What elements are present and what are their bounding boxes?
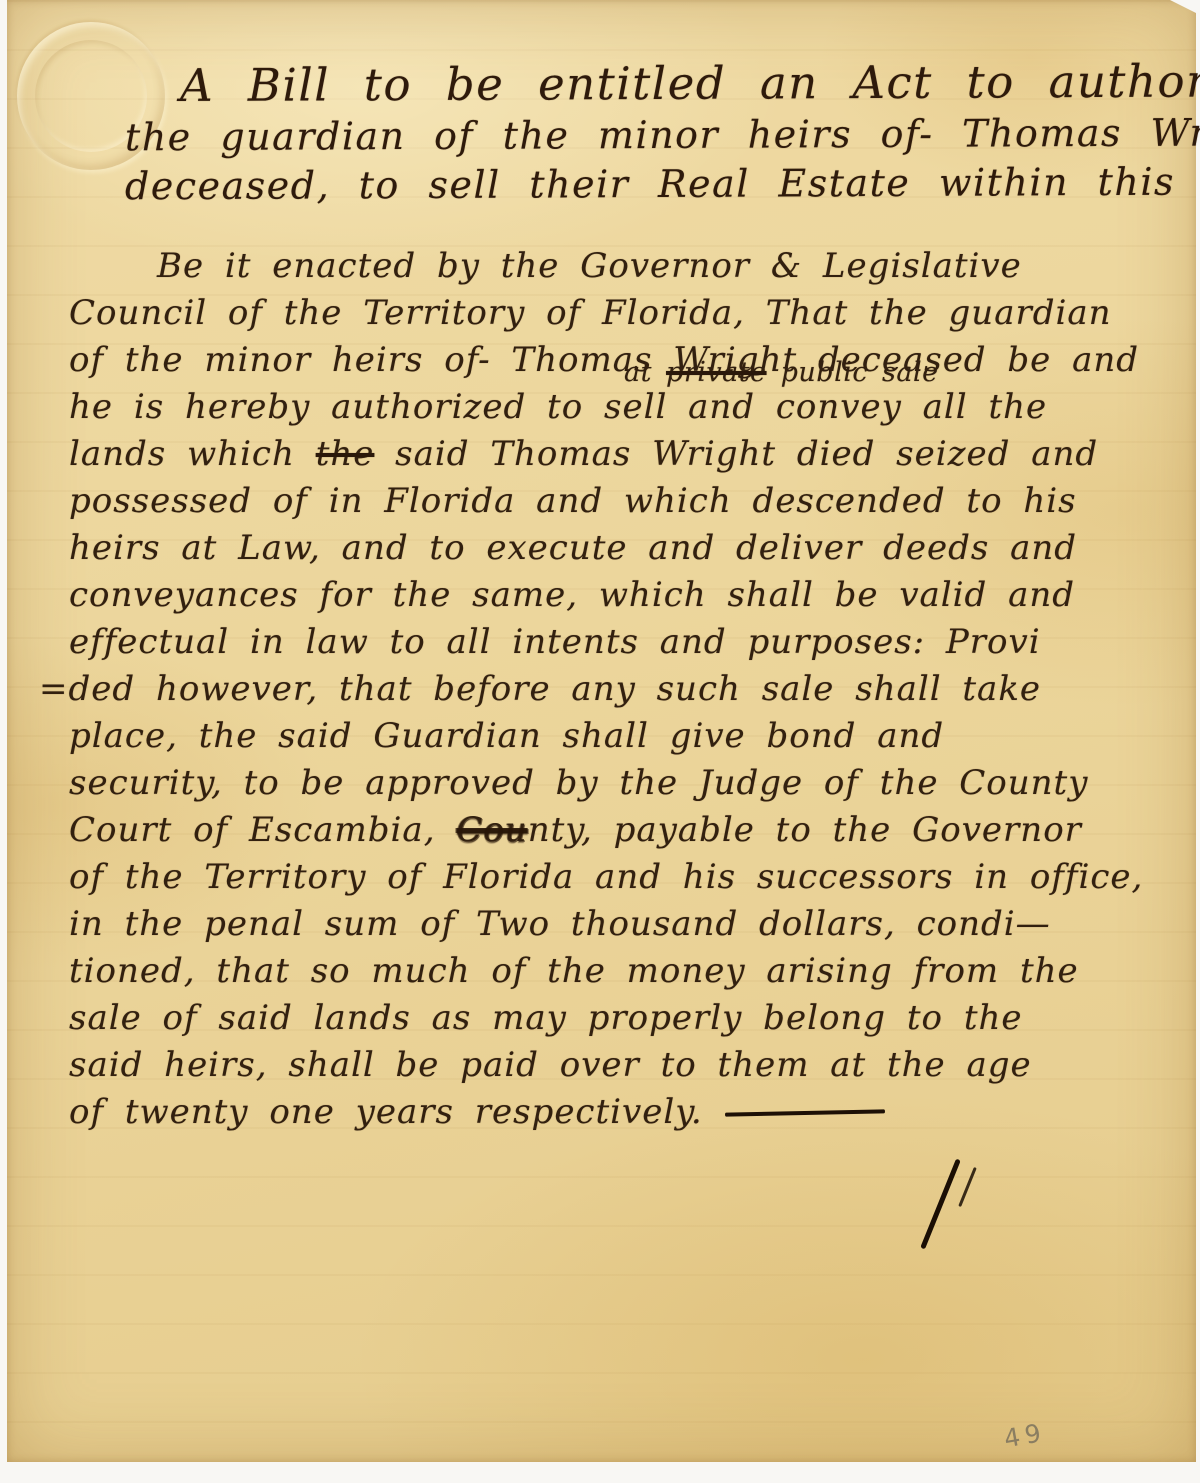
text-segment: of the minor heirs of- Thomas Wright dec…: [69, 340, 1139, 380]
manuscript-line-12: security, to be approved by the Judge of…: [69, 760, 1178, 807]
text-segment: sale of said lands as may properly belon…: [69, 998, 1023, 1038]
pencil-page-number: 49: [1002, 1418, 1048, 1454]
manuscript-line-1: Be it enacted by the Governor & Legislat…: [69, 243, 1178, 290]
text-segment: nty, payable to the Governor: [528, 810, 1082, 850]
manuscript-line-16: tioned, that so much of the money arisin…: [69, 948, 1178, 995]
text-segment: public sale: [767, 357, 939, 388]
scanned-document-page: A Bill to be entitled an Act to authoriz…: [0, 0, 1200, 1483]
title-line-3: deceased, to sell their Real Estate with…: [125, 158, 1176, 212]
manuscript-line-13: Court of Escambia, County, payable to th…: [69, 807, 1178, 854]
manuscript-line-5: lands which the said Thomas Wright died …: [69, 431, 1178, 478]
manuscript-line-11: place, the said Guardian shall give bond…: [69, 713, 1178, 760]
overwritten-text: Cou: [456, 810, 527, 850]
manuscript-line-10: =ded however, that before any such sale …: [39, 666, 1178, 713]
struck-out-text: the: [316, 434, 375, 474]
text-segment: Be it enacted by the Governor & Legislat…: [157, 246, 1022, 286]
text-segment: he is hereby authorized to sell and conv…: [69, 387, 1047, 427]
manuscript-line-19: of twenty one years respectively.: [69, 1089, 1178, 1136]
manuscript-line-18: said heirs, shall be paid over to them a…: [69, 1042, 1178, 1089]
text-segment: Court of Escambia,: [69, 810, 456, 850]
text-segment: place, the said Guardian shall give bond…: [69, 716, 944, 756]
bill-title: A Bill to be entitled an Act to authoriz…: [125, 56, 1176, 209]
manuscript-line-8: conveyances for the same, which shall be…: [69, 572, 1178, 619]
manuscript-line-15: in the penal sum of Two thousand dollars…: [69, 901, 1178, 948]
text-segment: of the Territory of Florida and his succ…: [69, 857, 1143, 897]
paper-sheet: A Bill to be entitled an Act to authoriz…: [7, 0, 1196, 1462]
interlinear-insertion: at private public sale: [624, 359, 939, 386]
text-segment: possessed of in Florida and which descen…: [69, 481, 1077, 521]
text-segment: security, to be approved by the Judge of…: [69, 763, 1088, 803]
manuscript-line-7: heirs at Law, and to execute and deliver…: [69, 525, 1178, 572]
text-segment: said heirs, shall be paid over to them a…: [69, 1045, 1032, 1085]
manuscript-line-4: he is hereby authorized to sell and conv…: [69, 384, 1178, 431]
text-segment: tioned, that so much of the money arisin…: [69, 951, 1079, 991]
title-line-2: the guardian of the minor heirs of- Thom…: [125, 109, 1176, 163]
manuscript-line-14: of the Territory of Florida and his succ…: [69, 854, 1178, 901]
text-segment: in the penal sum of Two thousand dollars…: [69, 904, 1051, 944]
text-segment: =ded however, that before any such sale …: [39, 669, 1041, 709]
paper-corner-clip: [1170, 0, 1200, 15]
bill-body-text: Be it enacted by the Governor & Legislat…: [69, 243, 1178, 1136]
text-segment: lands which: [69, 434, 316, 474]
text-segment: of twenty one years respectively.: [69, 1092, 703, 1132]
ink-slash-mark: [912, 1150, 1002, 1260]
title-line-1: A Bill to be entitled an Act to authoriz…: [125, 54, 1176, 114]
manuscript-line-9: effectual in law to all intents and purp…: [69, 619, 1178, 666]
closing-flourish-line: [725, 1109, 885, 1116]
manuscript-line-2: Council of the Territory of Florida, Tha…: [69, 290, 1178, 337]
manuscript-line-6: possessed of in Florida and which descen…: [69, 478, 1178, 525]
text-segment: effectual in law to all intents and purp…: [69, 622, 1041, 662]
text-segment: at: [624, 357, 666, 388]
text-segment: said Thomas Wright died seized and: [374, 434, 1098, 474]
text-segment: conveyances for the same, which shall be…: [69, 575, 1075, 615]
text-segment: heirs at Law, and to execute and deliver…: [69, 528, 1077, 568]
text-segment: Council of the Territory of Florida, Tha…: [69, 293, 1112, 333]
struck-out-text: private: [666, 357, 767, 388]
manuscript-line-17: sale of said lands as may properly belon…: [69, 995, 1178, 1042]
